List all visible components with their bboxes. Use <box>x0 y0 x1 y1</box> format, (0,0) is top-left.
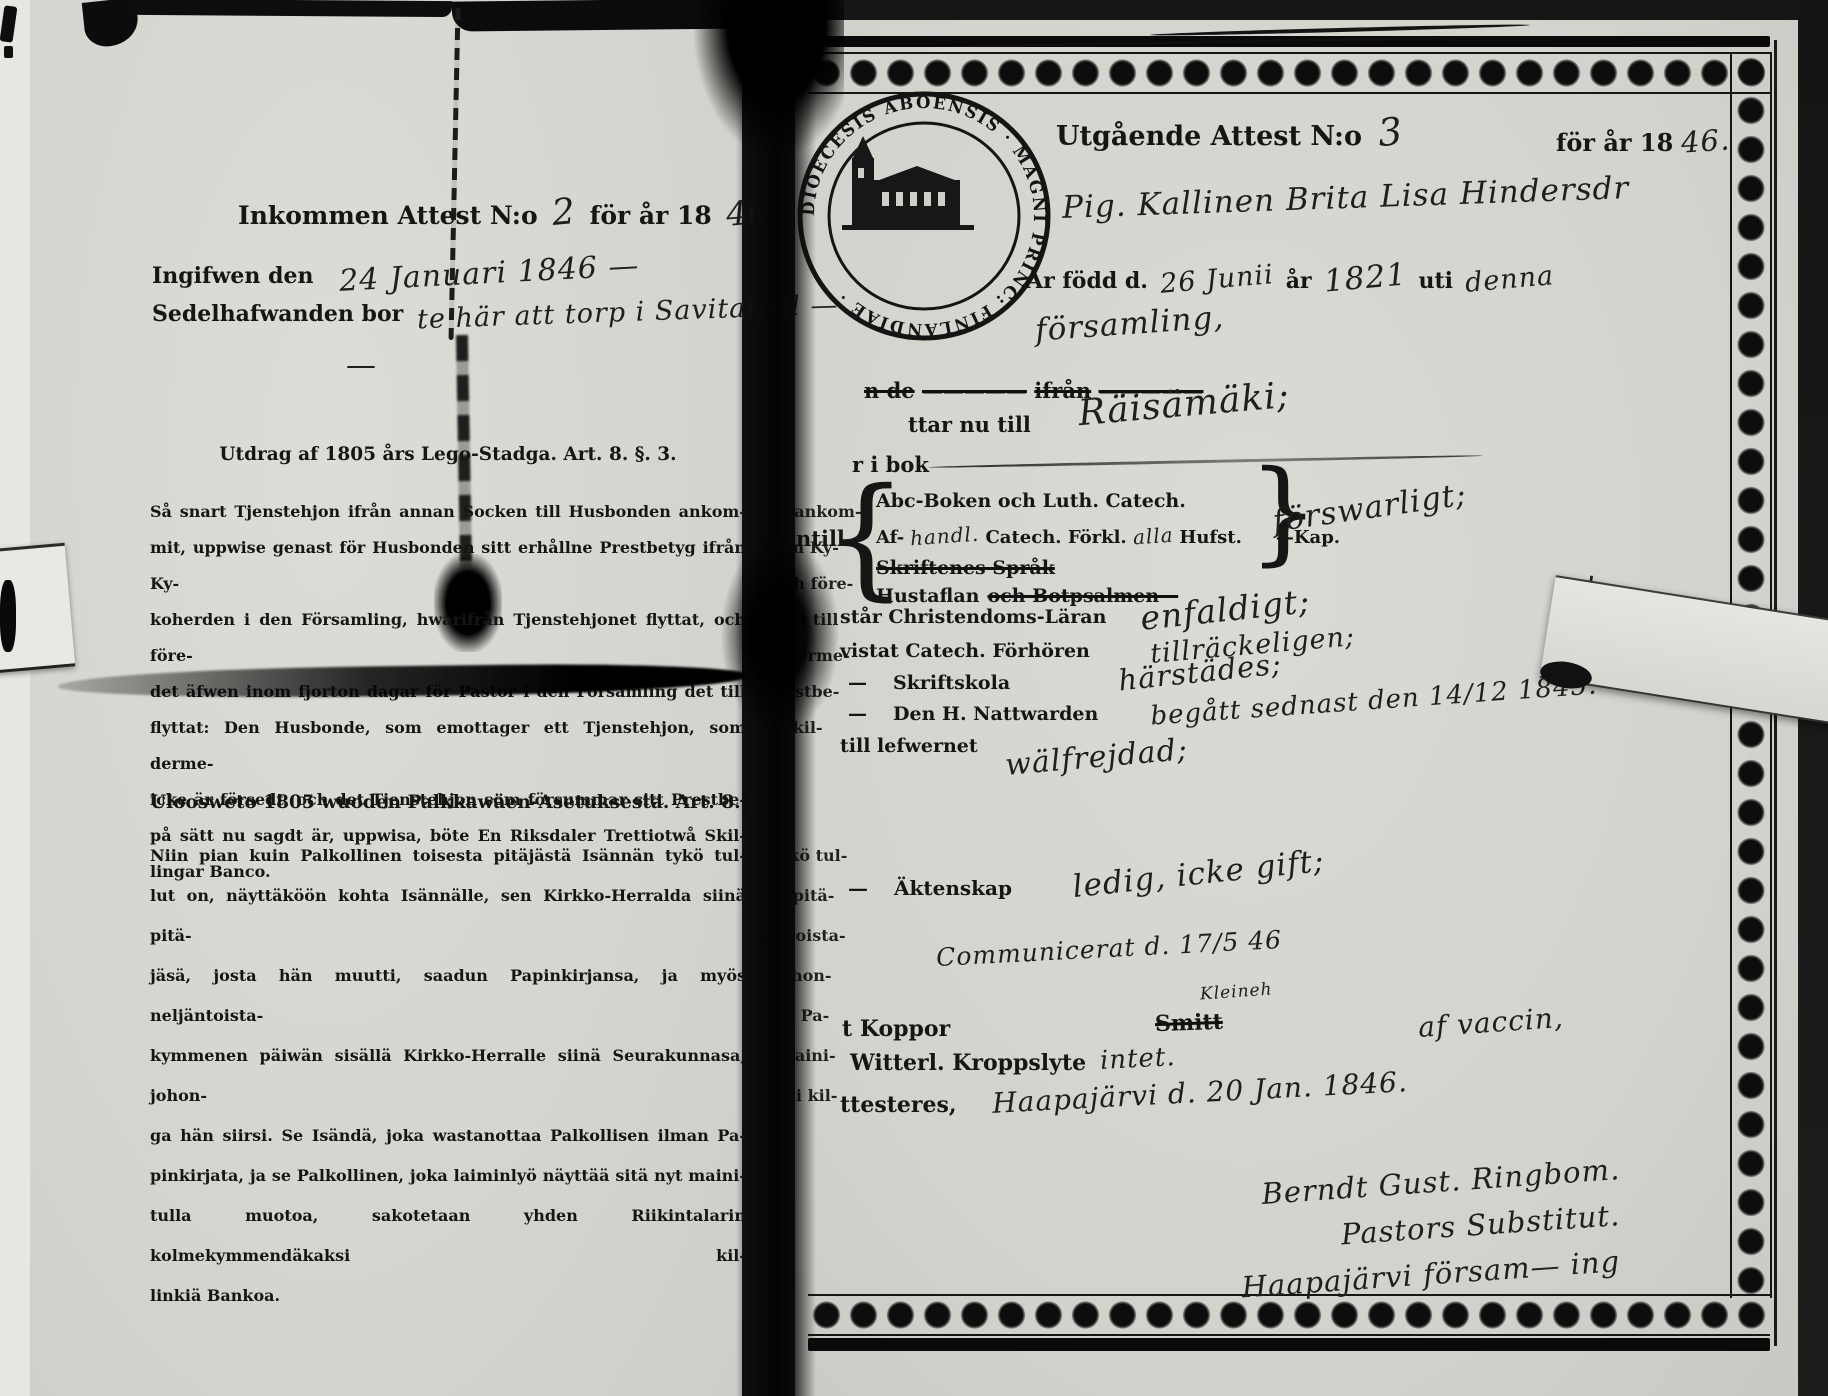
outgoing-attest-number: 3 <box>1376 109 1406 155</box>
book-spine-ink-blot <box>720 535 840 735</box>
born-year: 1821 <box>1322 256 1408 299</box>
born-place: denna <box>1464 260 1556 299</box>
catechism-hw-2: alla <box>1132 523 1174 550</box>
paragraph-line: Så snart Tjenstehjon ifrån annan Socken … <box>150 494 746 530</box>
catechism-forkl: Catech. Förkl. <box>985 527 1126 548</box>
tape-left-smudge <box>0 580 16 652</box>
outgoing-year-hand: 46. <box>1680 122 1731 159</box>
bodily-defect-value: intet. <box>1099 1042 1176 1076</box>
outgoing-attest-year: för år 18 46. <box>1556 124 1730 158</box>
paragraph-line: flyttat: Den Husbonde, som emottager ett… <box>150 710 746 782</box>
incoming-attest-number: 2 <box>550 191 577 234</box>
paragraph-line: linkiä Bankoa. <box>150 1276 746 1316</box>
born-day: 26 Junii <box>1159 259 1275 300</box>
paragraph-line: pinkirjata, ja se Palkollinen, joka laim… <box>150 1156 746 1196</box>
paragraph-line: mit, uppwise genast för Husbonden sitt e… <box>150 530 746 602</box>
paragraph-line: ga hän siirsi. Se Isändä, joka wastanott… <box>150 1116 746 1156</box>
holder-residence-label: Sedelhafwanden bor <box>152 301 403 327</box>
communion-row: — Den H. Nattwarden <box>848 703 1098 725</box>
communion-label: Den H. Nattwarden <box>893 703 1098 725</box>
moves-to-label: ttar nu till <box>908 412 1031 437</box>
catechism-hufst: Hufst. <box>1179 527 1242 548</box>
book-item-abc: Abc-Boken och Luth. Catech. <box>876 490 1186 512</box>
born-row: Är född d. 26 Junii år 1821 uti denna <box>1026 260 1554 296</box>
scan-edge-top-right <box>795 0 1798 20</box>
hustaflan-text: Hustaflan <box>876 585 980 607</box>
christendom-label: står Christendoms-Läran <box>840 606 1106 628</box>
outgoing-attest-title: Utgående Attest N:o <box>1056 121 1362 152</box>
page-edge-shadow-top-1 <box>128 0 452 17</box>
margin-mark-2 <box>4 46 13 58</box>
outgoing-attest-header: Utgående Attest N:o 3 <box>1056 110 1403 154</box>
handwritten-dash: — <box>346 348 377 383</box>
bodily-defect-label: Witterl. Kroppslyte <box>850 1050 1086 1076</box>
confirmation-school-label: Skriftskola <box>893 672 1010 694</box>
catech-exams-label: vistat Catech. Förhören <box>840 640 1090 662</box>
paragraph-line: lut on, näyttäköön kohta Isännälle, sen … <box>150 876 746 956</box>
outgoing-year-label: för år 18 <box>1556 128 1673 157</box>
smallpox-struck-word: Smitt <box>1155 1009 1224 1037</box>
paragraph-line: jäsä, josta hän muutti, saadun Papinkirj… <box>150 956 746 1036</box>
marriage-label: Äktenskap <box>894 876 1012 900</box>
given-date-row: Ingifwen den 24 Januari 1846 — <box>152 256 640 291</box>
paragraph-line: Niin pian kuin Palkollinen toisesta pitä… <box>150 836 746 876</box>
catechism-hw-1: handl. <box>909 522 980 551</box>
book-item-hustaflan: Hustaflan och Botpsalmen— <box>876 585 1178 607</box>
paragraph-line: koherden i den Församling, hwarifrån Tje… <box>150 602 746 674</box>
book-spine-shadow-top <box>694 0 844 155</box>
border-bar-bottom <box>808 1338 1770 1351</box>
confirmation-school-row: — Skriftskola <box>848 672 1010 694</box>
catechism-af: Af- <box>876 527 904 548</box>
row-dash: — <box>848 876 868 900</box>
swedish-statute-heading: Utdrag af 1805 års Lego-Stadga. Art. 8. … <box>150 444 746 465</box>
book-item-skriftenes-struck: Skriftenes Språk <box>876 557 1055 579</box>
marriage-row: — Äktenskap <box>848 876 1012 900</box>
seal-church-illustration <box>842 136 974 230</box>
church-record-book-scan: Inkommen Attest N:o 2 för år 18 46 Ingif… <box>0 0 1828 1396</box>
struck-text-a: n de <box>864 378 915 403</box>
born-in-label: uti <box>1419 268 1454 294</box>
struck-dash-1: ————— <box>922 378 1027 403</box>
scan-margin-left <box>0 0 30 1396</box>
signature-block: Berndt Gust. Ringbom.Pastors Substitut.H… <box>1140 1146 1620 1284</box>
finnish-statute-heading: Uloosweto 1805 wuoden Palkkawäen-Asetuks… <box>150 792 746 813</box>
incoming-attest-title: Inkommen Attest N:o <box>238 201 538 230</box>
incoming-attest-header: Inkommen Attest N:o 2 för år 18 46 <box>238 192 770 233</box>
paragraph-line: kymmenen päiwän sisällä Kirkko-Herralle … <box>150 1036 746 1116</box>
given-date-label: Ingifwen den <box>152 263 313 289</box>
smallpox-label: t Koppor <box>842 1016 950 1042</box>
attested-label: ttesteres, <box>840 1092 957 1118</box>
incoming-attest-year-label: för år 18 <box>590 201 712 230</box>
finnish-statute-paragraph: Niin pian kuin Palkollinen toisesta pitä… <box>150 836 746 1316</box>
paragraph-line: tulla muotoa, sakotetaan yhden Riikintal… <box>150 1196 746 1276</box>
born-year-label: år <box>1286 268 1312 294</box>
